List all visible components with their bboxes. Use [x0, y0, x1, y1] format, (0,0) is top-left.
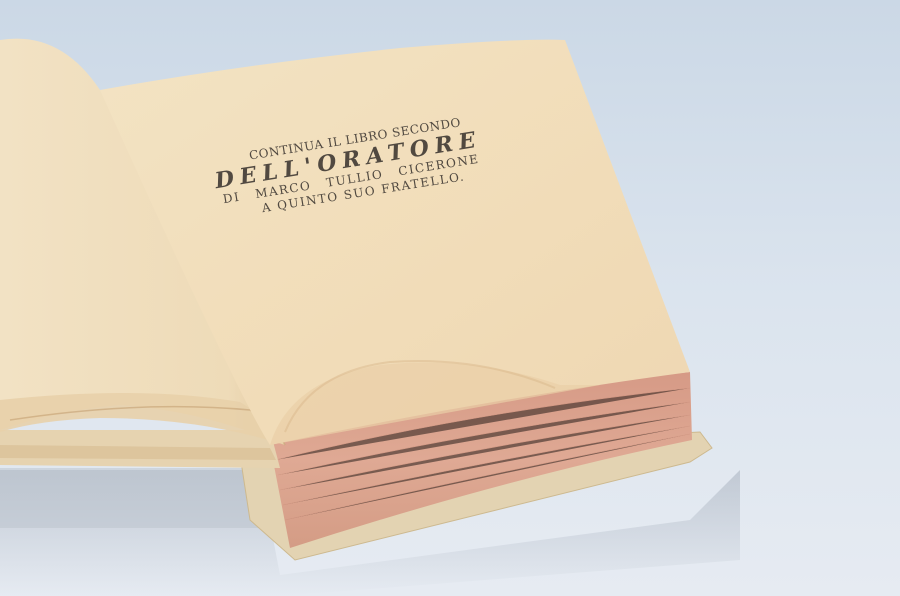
book-illustration	[0, 0, 900, 596]
book-photo: CONTINUA IL LIBRO SECONDO DELL'ORATORE D…	[0, 0, 900, 596]
